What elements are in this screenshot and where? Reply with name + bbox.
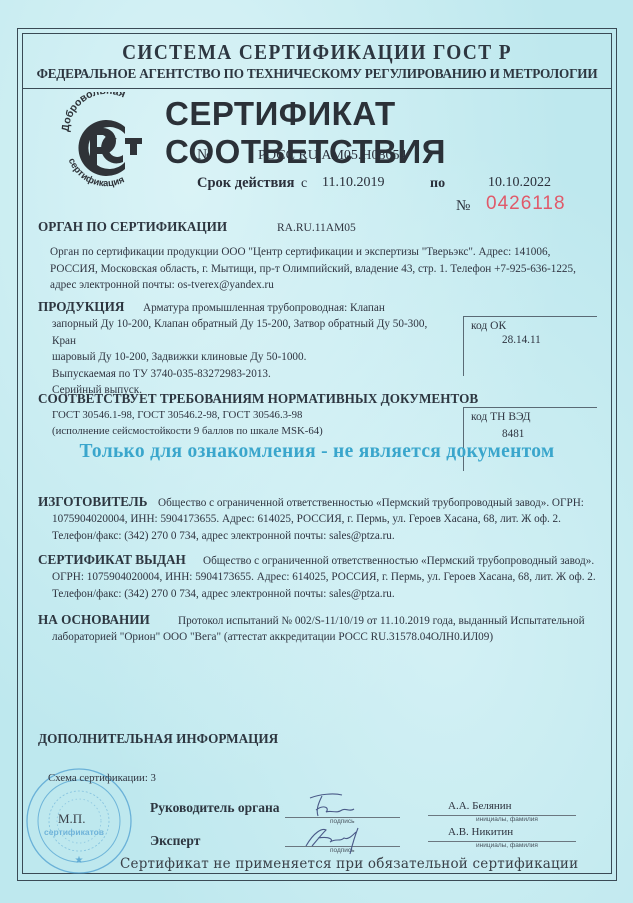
manufacturer-line: Телефон/факс: (342) 270 0 734, адрес эле… — [52, 528, 561, 545]
manufacturer-details: 1075904020004, ИНН: 5904173655. Адрес: 6… — [52, 511, 561, 544]
product-first-line: Арматура промышленная трубопроводная: Кл… — [143, 300, 385, 317]
rst-logo-icon: Добровольная сертификация — [55, 92, 155, 188]
product-description: запорный Ду 10-200, Клапан обратный Ду 1… — [52, 316, 452, 399]
svg-text:★: ★ — [75, 855, 84, 866]
tnved-code-label: код ТН ВЭД — [471, 411, 531, 423]
standards-line: (исполнение сейсмостойкости 9 баллов по … — [52, 423, 323, 439]
expert-signature-icon — [300, 822, 370, 856]
head-name: А.А. Белянин — [448, 798, 512, 815]
head-signature-icon — [300, 790, 360, 820]
product-heading: ПРОДУКЦИЯ — [38, 299, 124, 315]
watermark-notice: Только для ознакомления - не является до… — [22, 441, 612, 463]
product-line: запорный Ду 10-200, Клапан обратный Ду 1… — [52, 316, 452, 349]
expert-name: А.В. Никитин — [448, 824, 513, 841]
number-label: № — [197, 147, 211, 164]
head-of-body-label: Руководитель органа — [150, 800, 280, 816]
additional-info-heading: ДОПОЛНИТЕЛЬНАЯ ИНФОРМАЦИЯ — [38, 731, 278, 747]
stamp-label: М.П. — [58, 811, 85, 827]
manufacturer-first-line: Общество с ограниченной ответственностью… — [158, 495, 584, 512]
manufacturer-line: 1075904020004, ИНН: 5904173655. Адрес: 6… — [52, 511, 561, 528]
issued-to-line: Телефон/факс: (342) 270 0 734, адрес эле… — [52, 586, 596, 603]
validity-to-label: по — [430, 176, 445, 192]
issued-to-first-line: Общество с ограниченной ответственностью… — [203, 553, 594, 570]
issued-to-details: ОГРН: 1075904020004, ИНН: 5904173655. Ад… — [52, 569, 596, 602]
footer-note: Сертификат не применяется при обязательн… — [120, 856, 578, 872]
expert-name-caption: инициалы, фамилия — [476, 842, 538, 849]
compliance-heading: СООТВЕТСТВУЕТ ТРЕБОВАНИЯМ НОРМАТИВНЫХ ДО… — [38, 391, 478, 407]
ok-code-value: 28.14.11 — [502, 334, 541, 346]
serial-number: 0426118 — [486, 193, 566, 215]
ok-code-box: код ОК 28.14.11 — [463, 316, 597, 376]
ok-code-label: код ОК — [471, 320, 506, 332]
tnved-code-value: 8481 — [502, 428, 524, 440]
manufacturer-heading: ИЗГОТОВИТЕЛЬ — [38, 494, 147, 510]
serial-number-label: № — [456, 198, 470, 215]
validity-from-label: с — [301, 176, 307, 192]
compliance-standards: ГОСТ 30546.1-98, ГОСТ 30546.2-98, ГОСТ 3… — [52, 407, 323, 439]
certificate-number: РОСС RU.АМ05.Н08054 — [258, 148, 407, 164]
valid-to-date: 10.10.2022 — [488, 175, 551, 191]
valid-from-date: 11.10.2019 — [322, 175, 384, 191]
basis-first-line: Протокол испытаний № 002/S-11/10/19 от 1… — [178, 613, 585, 630]
expert-label: Эксперт — [150, 833, 200, 849]
basis-line: лабораторией "Орион" ООО "Вега" (аттеста… — [52, 629, 493, 646]
basis-heading: НА ОСНОВАНИИ — [38, 612, 150, 628]
standards-line: ГОСТ 30546.1-98, ГОСТ 30546.2-98, ГОСТ 3… — [52, 407, 323, 423]
stamp-text: сертификатов — [44, 827, 104, 837]
validity-label: Срок действия — [197, 175, 294, 192]
product-line: Выпускаемая по ТУ 3740-035-83272983-2013… — [52, 366, 452, 383]
certification-body-text: Орган по сертификации продукции ООО "Цен… — [50, 244, 595, 294]
certification-body-heading: ОРГАН ПО СЕРТИФИКАЦИИ — [38, 219, 227, 235]
agency-name: ФЕДЕРАЛЬНОЕ АГЕНТСТВО ПО ТЕХНИЧЕСКОМУ РЕ… — [22, 66, 612, 82]
certification-body-code: RA.RU.11АМ05 — [277, 220, 356, 237]
issued-to-heading: СЕРТИФИКАТ ВЫДАН — [38, 552, 186, 568]
head-name-caption: инициалы, фамилия — [476, 816, 538, 823]
product-line: шаровый Ду 10-200, Задвижки клиновые Ду … — [52, 349, 452, 366]
certification-scheme: Схема сертификации: 3 — [48, 770, 156, 787]
issued-to-line: ОГРН: 1075904020004, ИНН: 5904173655. Ад… — [52, 569, 596, 586]
system-title: СИСТЕМА СЕРТИФИКАЦИИ ГОСТ Р — [46, 40, 589, 65]
header-divider — [22, 88, 612, 89]
